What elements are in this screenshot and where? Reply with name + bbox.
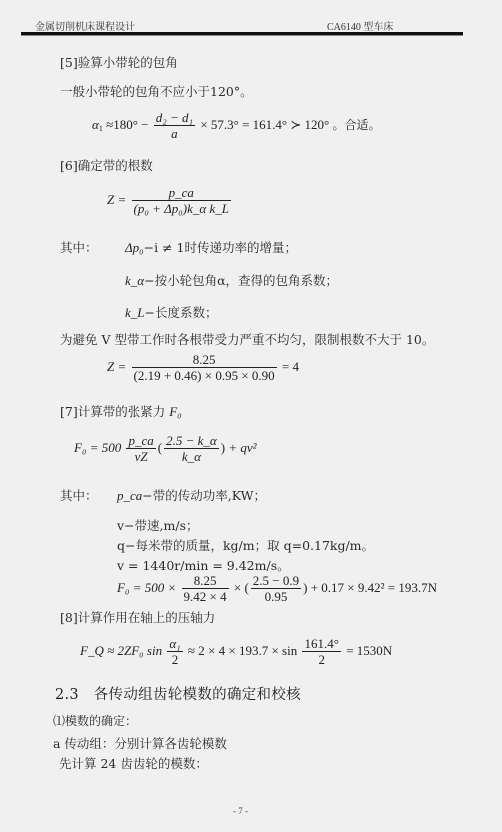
def-p-ca: p_ca−带的传动功率,KW； [117, 486, 266, 504]
fraction: d₂ − d₁ a [154, 111, 195, 141]
formula-tension-calc: F₀ = 500 × 8.25 9.42 × 4 × ( 2.5 − 0.9 0… [117, 574, 437, 604]
section-2-3-heading: 2.3 各传动组齿轮模数的确定和校核 [55, 683, 301, 704]
header-rule [21, 32, 463, 36]
formula-belt-count-calc: Z = 8.25 (2.19 + 0.46) × 0.95 × 0.90 = 4 [107, 353, 299, 383]
line-belt-mass: q−每米带的质量，kg/m；取 q=0.17kg/m。 [117, 536, 374, 554]
belt-count-note: 为避免 V 型带工作时各根带受力严重不均匀，限制根数不大于 10。 [60, 330, 434, 348]
section-5-title: [5]验算小带轮的包角 [60, 53, 178, 71]
section-5-intro: 一般小带轮的包角不应小于120°。 [60, 82, 253, 100]
line-belt-speed: v−带速,m/s； [117, 516, 199, 534]
header-left-title: 金属切削机床课程设计 [35, 18, 135, 33]
formula-belt-count: Z = p_ca (p₀ + Δp₀)k_α k_L [107, 186, 233, 216]
line-module-determination: ⑴模数的确定： [53, 712, 137, 729]
formula-tension: F₀ = 500 p_ca vZ ( 2.5 − k_α k_α ) + qv² [74, 434, 257, 464]
line-24-tooth-gear: 先计算 24 齿齿轮的模数： [59, 754, 208, 772]
line-speed-value: v = 1440r/min = 9.42m/s。 [117, 556, 290, 574]
def-k-alpha: k_α−按小轮包角α，查得的包角系数； [125, 271, 338, 289]
header-right-title: CA6140 型车床 [327, 18, 393, 33]
section-6-title: [6]确定带的根数 [60, 156, 153, 174]
where-label-1: 其中： [60, 238, 98, 256]
section-7-title: [7]计算带的张紧力 F₀ [60, 402, 182, 420]
line-transmission-group-a: a 传动组：分别计算各齿轮模数 [53, 734, 227, 752]
def-k-l: k_L−长度系数； [125, 303, 217, 321]
formula-shaft-force: F_Q ≈ 2ZF₀ sin α₁ 2 ≈ 2 × 4 × 193.7 × si… [80, 637, 392, 667]
section-8-title: [8]计算作用在轴上的压轴力 [60, 608, 215, 626]
formula-wrap-angle: α1 ≈180° − d₂ − d₁ a × 57.3° = 161.4° ≻ … [92, 111, 380, 141]
page-number: - 7 - [233, 806, 248, 816]
where-label-2: 其中： [60, 486, 98, 504]
def-delta-p0: Δp₀−i ≠ 1时传递功率的增量； [125, 238, 297, 256]
